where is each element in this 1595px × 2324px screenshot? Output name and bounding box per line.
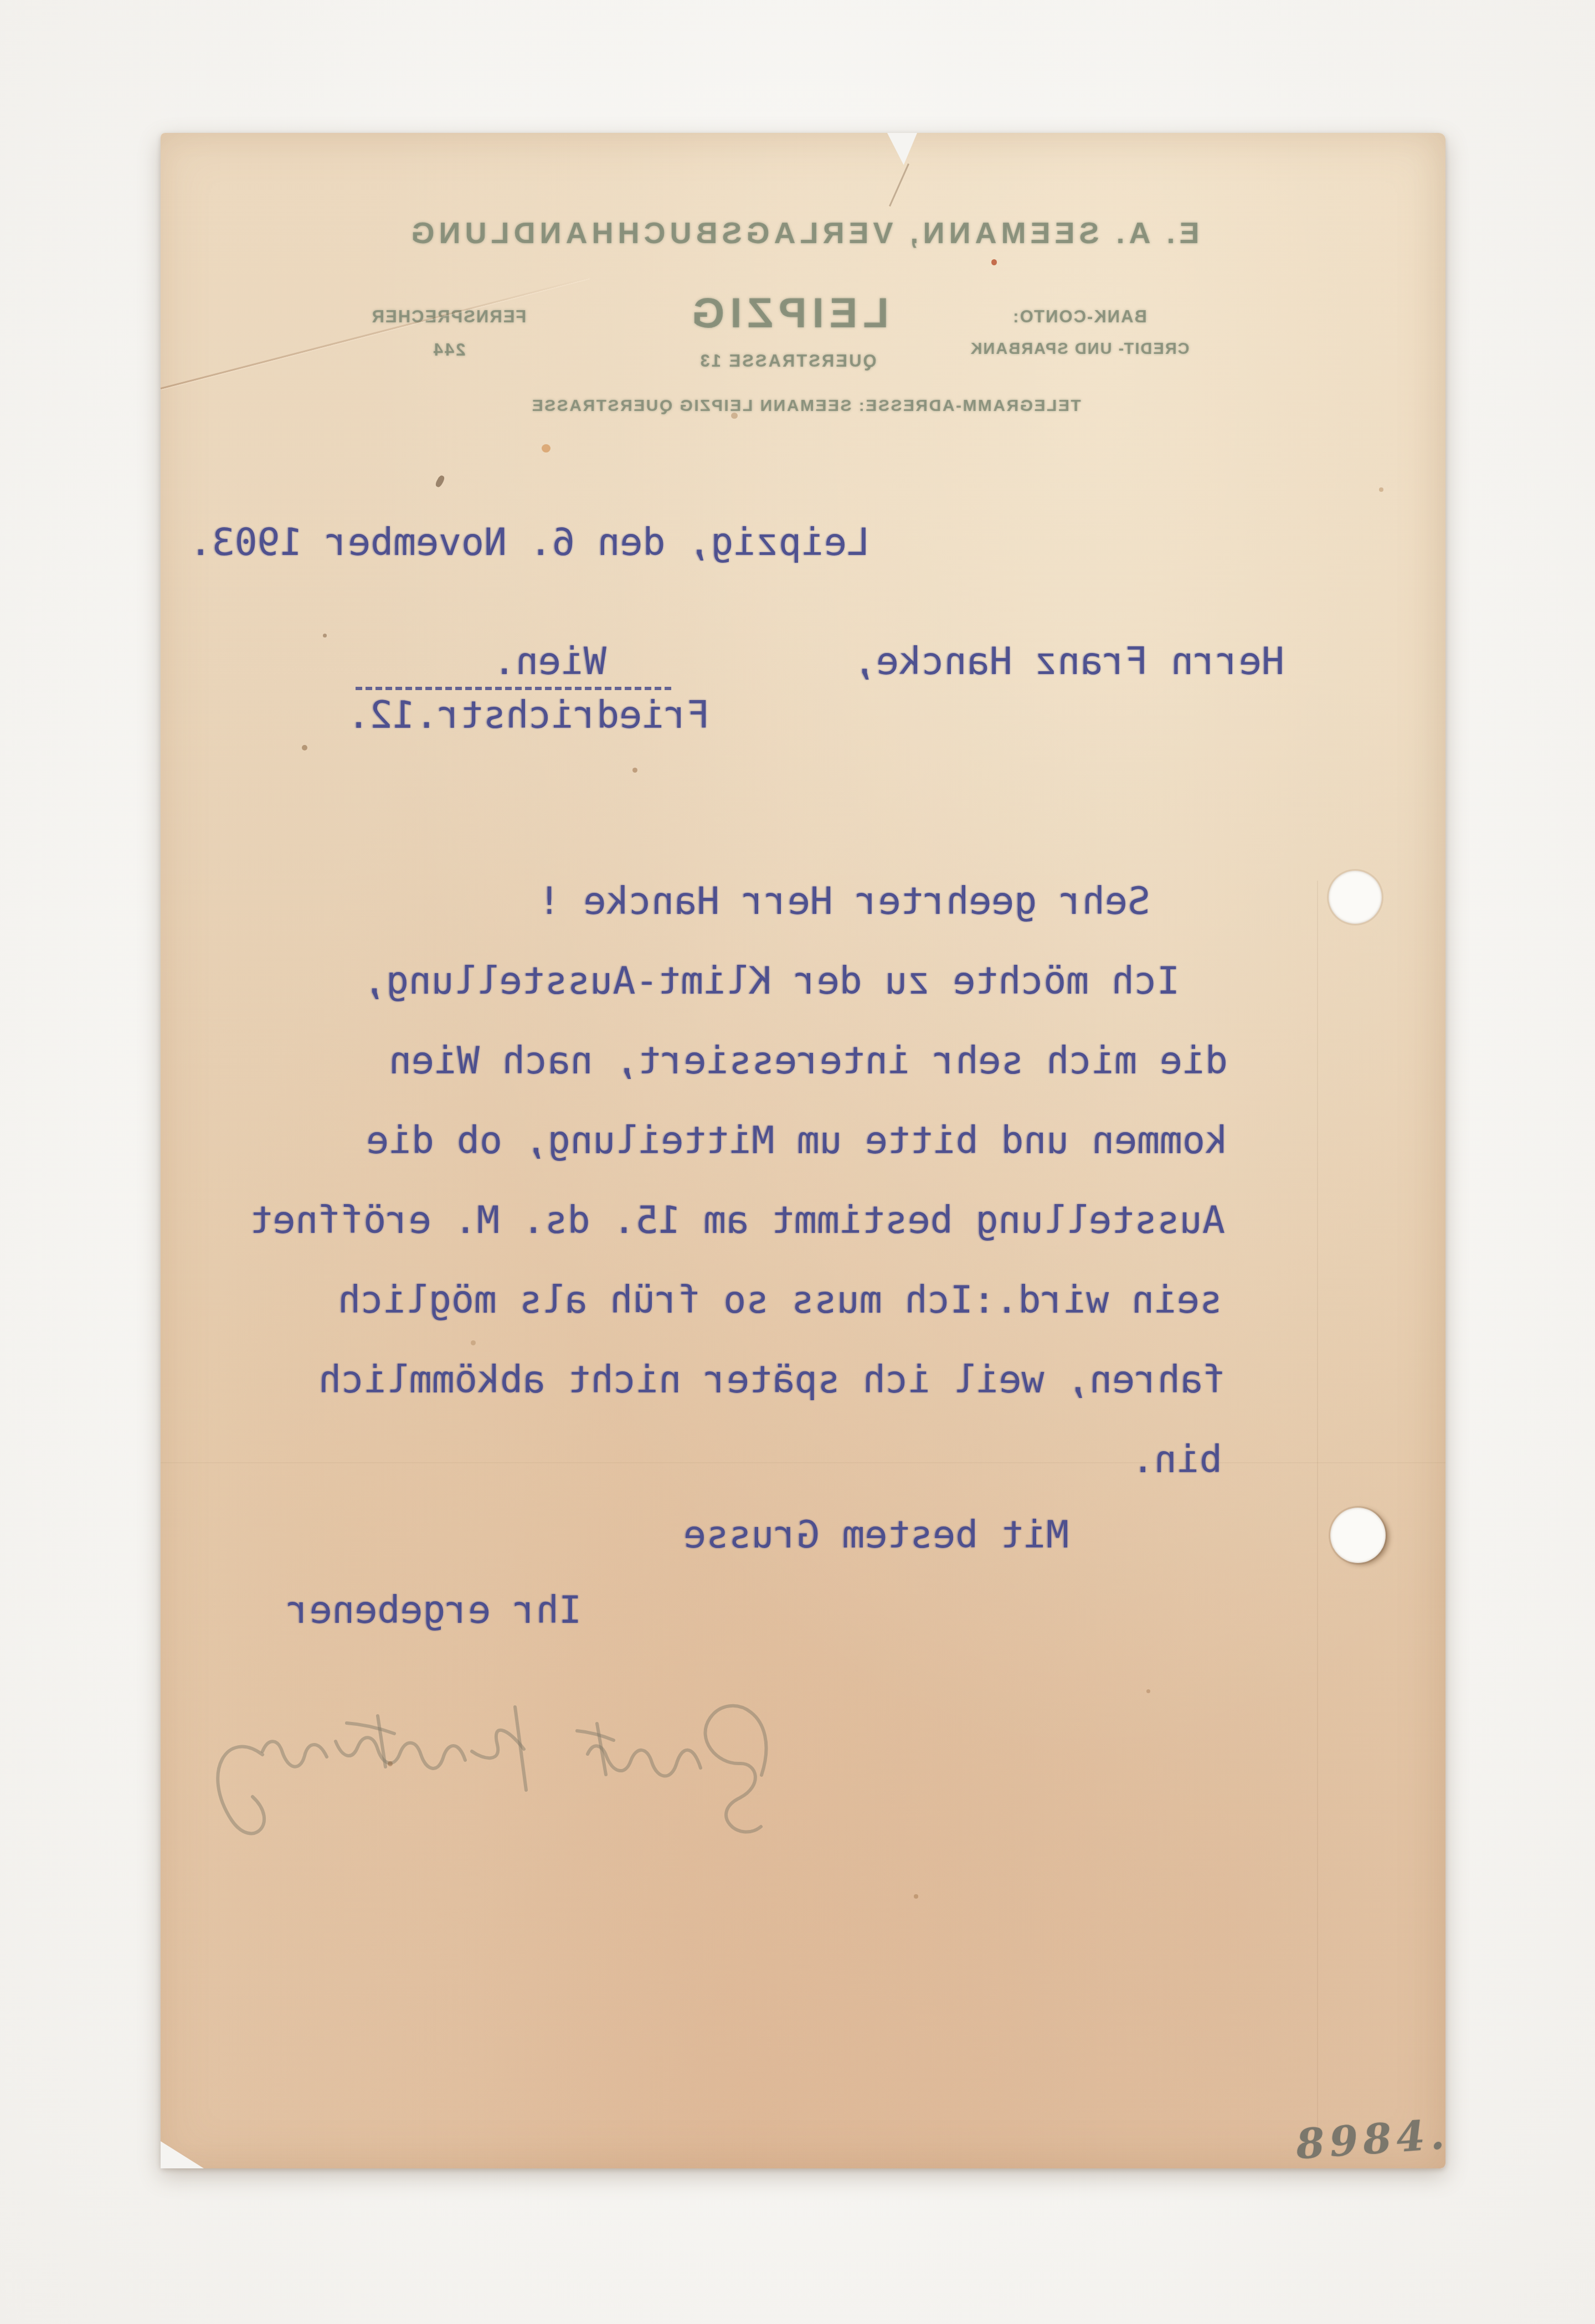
scan-background: E. A. SEEMANN, VERLAGSBUCHHANDLUNG BANK-… — [0, 0, 1595, 2324]
stain — [632, 768, 637, 773]
paper-crack — [889, 163, 909, 207]
stain — [542, 444, 550, 453]
stain — [1146, 1689, 1150, 1693]
artifact-layer: 8984. — [161, 133, 1445, 2168]
paper-crease — [161, 277, 590, 389]
stain — [731, 413, 738, 419]
paper: E. A. SEEMANN, VERLAGSBUCHHANDLUNG BANK-… — [161, 133, 1445, 2168]
hole-punch-top — [1329, 871, 1382, 924]
fold-line-horizontal — [161, 1462, 1445, 1463]
stain — [434, 475, 445, 489]
stain — [302, 745, 307, 750]
hole-punch-bottom — [1330, 1508, 1386, 1563]
paper-chip-corner — [161, 2141, 204, 2168]
stain — [1379, 487, 1383, 492]
stain — [323, 634, 327, 637]
fold-line-vertical — [1317, 881, 1318, 2127]
stain — [471, 1340, 476, 1345]
stain — [388, 1761, 393, 1766]
stain — [991, 259, 997, 265]
archive-number: 8984. — [1294, 2110, 1450, 2168]
stain — [914, 1894, 918, 1899]
paper-tear-notch — [887, 133, 917, 165]
